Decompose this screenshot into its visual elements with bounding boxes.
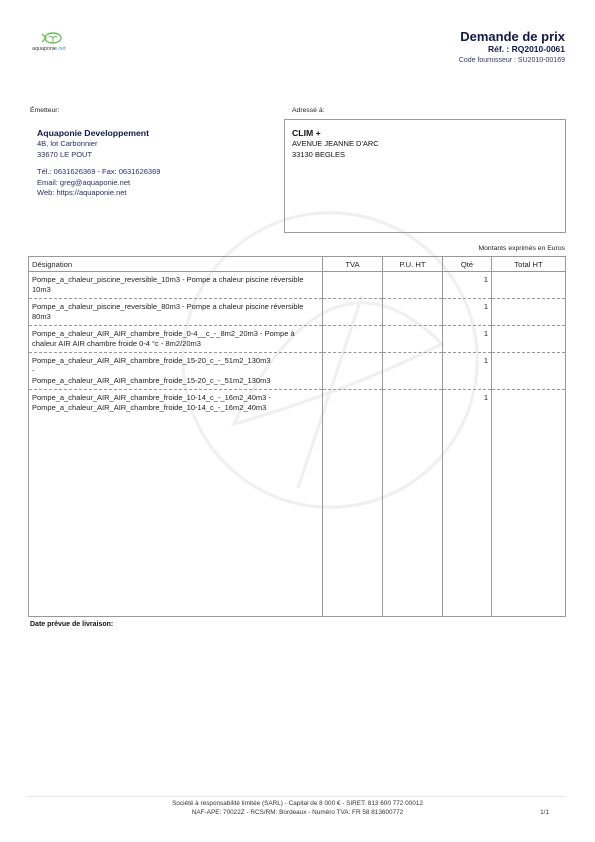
cell-tva <box>323 299 383 326</box>
footer-legal-line2: NAF-APE: 70022Z - RCS/RM: Bordeaux - Num… <box>0 809 595 816</box>
emitter-email: Email: greg@aquaponie.net <box>37 178 278 189</box>
cell-total <box>492 272 566 299</box>
emitter-block: Aquaponie Developpement 4B, lot Carbonni… <box>28 119 278 229</box>
currency-note: Montants exprimés en Euros <box>478 245 565 252</box>
table-row: Pompe_a_chaleur_AIR_AIR_chambre_froide_0… <box>29 326 566 353</box>
delivery-date-label: Date prévue de livraison: <box>30 621 113 628</box>
emitter-name: Aquaponie Developpement <box>37 128 278 138</box>
cell-tva <box>323 272 383 299</box>
cell-tva <box>323 390 383 617</box>
page-number: 1/1 <box>540 809 549 816</box>
emitter-address1: 4B, lot Carbonnier <box>37 139 278 150</box>
table-row: Pompe_a_chaleur_piscine_reversible_80m3 … <box>29 299 566 326</box>
emitter-phone: Tél.: 0631626369 - Fax: 0631626369 <box>37 167 278 178</box>
cell-designation: Pompe_a_chaleur_piscine_reversible_10m3 … <box>29 272 323 299</box>
cell-designation: Pompe_a_chaleur_AIR_AIR_chambre_froide_1… <box>29 390 323 617</box>
emitter-label: Émetteur: <box>30 107 59 114</box>
cell-designation: Pompe_a_chaleur_AIR_AIR_chambre_froide_0… <box>29 326 323 353</box>
cell-unit-price <box>383 326 443 353</box>
document-title: Demande de prix <box>460 29 565 44</box>
header-total: Total HT <box>492 257 566 272</box>
logo-text: aquaponie.net <box>32 46 66 52</box>
emitter-address2: 33670 LE POUT <box>37 150 278 161</box>
fish-leaf-logo-icon <box>28 30 88 46</box>
line-items-table: Désignation TVA P.U. HT Qté Total HT Pom… <box>28 256 566 617</box>
table-row: Pompe_a_chaleur_piscine_reversible_10m3 … <box>29 272 566 299</box>
cell-total <box>492 299 566 326</box>
cell-quantity: 1 <box>443 353 492 390</box>
emitter-web: Web: https://aquaponie.net <box>37 188 278 199</box>
header-designation: Désignation <box>29 257 323 272</box>
header-tva: TVA <box>323 257 383 272</box>
cell-designation: Pompe_a_chaleur_piscine_reversible_80m3 … <box>29 299 323 326</box>
cell-unit-price <box>383 299 443 326</box>
recipient-block: CLIM + AVENUE JEANNE D'ARC 33130 BEGLES <box>284 119 566 233</box>
supplier-code: Code fournisseur : SU2010-00169 <box>459 57 565 64</box>
cell-tva <box>323 353 383 390</box>
cell-total <box>492 390 566 617</box>
cell-quantity: 1 <box>443 299 492 326</box>
header-quantity: Qté <box>443 257 492 272</box>
recipient-label: Adressé à: <box>292 107 325 114</box>
recipient-address1: AVENUE JEANNE D'ARC <box>292 139 565 150</box>
cell-total <box>492 326 566 353</box>
cell-quantity: 1 <box>443 326 492 353</box>
table-row: Pompe_a_chaleur_AIR_AIR_chambre_froide_1… <box>29 353 566 390</box>
cell-designation: Pompe_a_chaleur_AIR_AIR_chambre_froide_1… <box>29 353 323 390</box>
cell-total <box>492 353 566 390</box>
recipient-address2: 33130 BEGLES <box>292 150 565 161</box>
cell-quantity: 1 <box>443 272 492 299</box>
company-logo: aquaponie.net <box>28 30 88 56</box>
cell-unit-price <box>383 272 443 299</box>
footer-divider <box>28 796 566 797</box>
header-unit-price: P.U. HT <box>383 257 443 272</box>
table-header-row: Désignation TVA P.U. HT Qté Total HT <box>29 257 566 272</box>
cell-unit-price <box>383 390 443 617</box>
footer-legal-line1: Société à responsabilité limitée (SARL) … <box>0 800 595 807</box>
cell-quantity: 1 <box>443 390 492 617</box>
recipient-name: CLIM + <box>292 128 565 138</box>
document-reference: Réf. : RQ2010-0061 <box>488 44 565 54</box>
cell-unit-price <box>383 353 443 390</box>
table-row: Pompe_a_chaleur_AIR_AIR_chambre_froide_1… <box>29 390 566 617</box>
cell-tva <box>323 326 383 353</box>
